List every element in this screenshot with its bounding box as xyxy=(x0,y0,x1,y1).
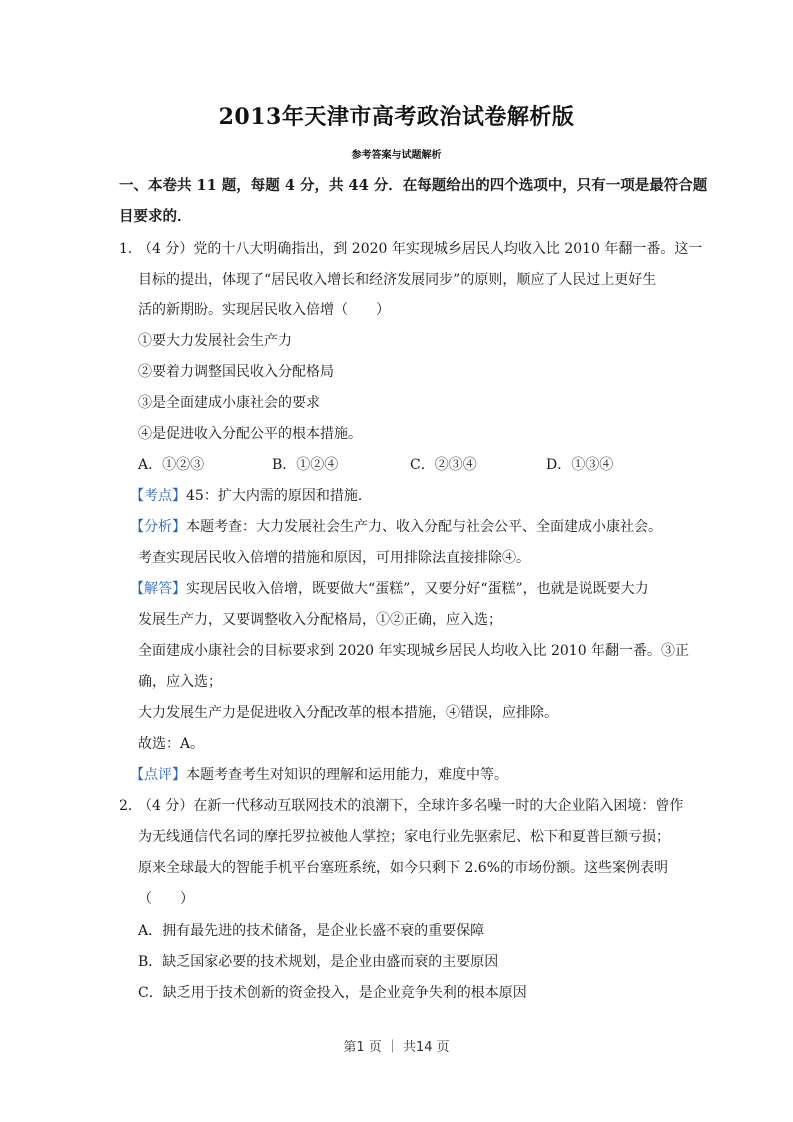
option-c: C．②③④ xyxy=(410,455,477,475)
kaodian: 【考点】45：扩大内需的原因和措施． xyxy=(130,486,372,506)
option-d: D．①③④ xyxy=(546,455,613,475)
kaodian-label: 【考点】 xyxy=(130,488,186,504)
jieda-line2: 发展生产力，又要调整收入分配格局，①②正确，应入选； xyxy=(138,610,502,630)
question-2-stem-line1: （4 分）在新一代移动互联网技术的浪潮下，全球许多名噪一时的大企业陷入困境：曾作 xyxy=(138,796,683,816)
question-1-stem-line3: 活的新期盼。实现居民收入倍增（ ） xyxy=(138,300,390,320)
statement-4: ④是促进收入分配公平的根本措施。 xyxy=(138,424,362,444)
option-b-letter: B． xyxy=(272,457,296,473)
section-header-line1: 一、本卷共 11 题，每题 4 分，共 44 分．在每题给出的四个选项中，只有一… xyxy=(119,176,707,196)
dianping: 【点评】本题考查考生对知识的理解和运用能力，难度中等。 xyxy=(130,765,508,785)
statement-2: ②要着力调整国民收入分配格局 xyxy=(138,362,334,382)
question-2-option-c: C．缺乏用于技术创新的资金投入，是企业竞争失利的根本原因 xyxy=(138,983,527,1003)
dianping-text: 本题考查考生对知识的理解和运用能力，难度中等。 xyxy=(186,767,508,783)
fenxi-text-2: 考查实现居民收入倍增的措施和原因，可用排除法直接排除④。 xyxy=(138,548,530,568)
question-1-stem-line2: 目标的提出，体现了“居民收入增长和经济发展同步”的原则，顺应了人民过上更好生 xyxy=(138,270,656,290)
question-2-stem-line4: （ ） xyxy=(138,889,194,909)
document-page: 2013年天津市高考政治试卷解析版 参考答案与试题解析 一、本卷共 11 题，每… xyxy=(0,0,793,1122)
fenxi-text: 本题考查：大力发展社会生产力、收入分配与社会公平、全面建成小康社会。 xyxy=(186,519,662,535)
page-title: 2013年天津市高考政治试卷解析版 xyxy=(0,100,793,131)
option-c-letter: C． xyxy=(410,457,435,473)
option-a-letter: A． xyxy=(138,457,162,473)
option-b: B．①②④ xyxy=(272,455,338,475)
question-2-option-a: A．拥有最先进的技术储备，是企业长盛不衰的重要保障 xyxy=(138,921,484,941)
statement-1: ①要大力发展社会生产力 xyxy=(138,331,292,351)
option-d-text: ①③④ xyxy=(571,457,613,473)
kaodian-text: 45：扩大内需的原因和措施． xyxy=(186,488,372,504)
page-footer: 第1 页 ｜ 共14 页 xyxy=(0,1036,793,1055)
option-a: A．①②③ xyxy=(138,455,204,475)
question-1-stem-line1: （4 分）党的十八大明确指出，到 2020 年实现城乡居民人均收入比 2010 … xyxy=(138,239,702,259)
dianping-label: 【点评】 xyxy=(130,767,186,783)
jieda: 【解答】实现居民收入倍增，既要做大“蛋糕”，又要分好“蛋糕”，也就是说既要大力 xyxy=(130,579,649,599)
jieda-label: 【解答】 xyxy=(130,581,186,597)
statement-3: ③是全面建成小康社会的要求 xyxy=(138,393,320,413)
fenxi-label: 【分析】 xyxy=(130,519,186,535)
option-c-text: ②③④ xyxy=(435,457,477,473)
question-2-option-b: B．缺乏国家必要的技术规划，是企业由盛而衰的主要原因 xyxy=(138,952,498,972)
jieda-answer: 故选：A。 xyxy=(138,734,204,754)
question-2-stem-line2: 为无线通信代名词的摩托罗拉被他人掌控；家电行业先驱索尼、松下和夏普巨额亏损； xyxy=(138,827,670,847)
jieda-line1: 实现居民收入倍增，既要做大“蛋糕”，又要分好“蛋糕”，也就是说既要大力 xyxy=(186,581,649,597)
fenxi: 【分析】本题考查：大力发展社会生产力、收入分配与社会公平、全面建成小康社会。 xyxy=(130,517,662,537)
option-a-text: ①②③ xyxy=(162,457,204,473)
jieda-line4: 确，应入选； xyxy=(138,672,222,692)
page-subtitle: 参考答案与试题解析 xyxy=(0,146,793,161)
jieda-line5: 大力发展生产力是促进收入分配改革的根本措施，④错误，应排除。 xyxy=(138,703,558,723)
option-b-text: ①②④ xyxy=(296,457,338,473)
question-2-stem-line3: 原来全球最大的智能手机平台塞班系统，如今只剩下 2.6%的市场份额。这些案例表明 xyxy=(138,858,668,878)
section-header-line2: 目要求的． xyxy=(119,207,192,227)
option-d-letter: D． xyxy=(546,457,571,473)
jieda-line3: 全面建成小康社会的目标要求到 2020 年实现城乡居民人均收入比 2010 年翻… xyxy=(138,641,689,661)
